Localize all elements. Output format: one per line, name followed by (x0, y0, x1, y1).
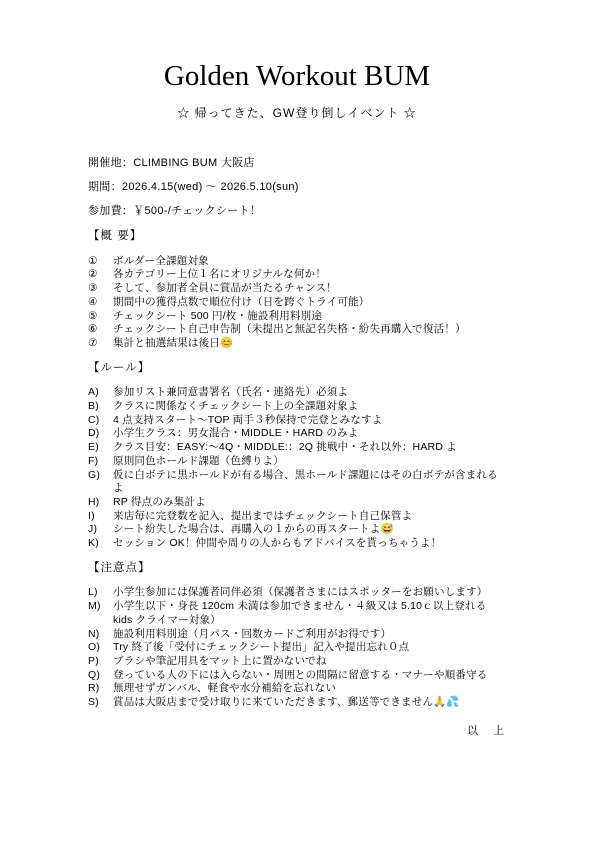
item-text: クラスに関係なくチェックシート上の全課題対象よ (113, 400, 506, 414)
item-marker: I) (88, 510, 113, 524)
list-item: ③そして、参加者全員に賞品が当たるチャンス！ (88, 282, 506, 296)
list-item: R)無理せずガンバル、軽食や水分補給を忘れない (88, 682, 506, 696)
notes-list: L)小学生参加には保護者同伴必須（保護者さまにはスポッターをお願いします） M)… (88, 586, 506, 709)
item-marker: ⑤ (88, 310, 113, 324)
list-item: L)小学生参加には保護者同伴必須（保護者さまにはスポッターをお願いします） (88, 586, 506, 600)
item-text: RP 得点のみ集計よ (113, 496, 506, 510)
item-marker: ④ (88, 296, 113, 310)
list-item: C)4 点支持スタート～TOP 両手３秒保持で完登とみなすよ (88, 414, 506, 428)
item-marker: ① (88, 255, 113, 269)
item-text: 賞品は大阪店まで受け取りに来ていただきます、郵送等できません🙏💦 (113, 696, 506, 710)
overview-list: ①ボルダー全課題対象 ②各カテゴリー上位１名にオリジナルな何か！ ③そして、参加… (88, 255, 506, 351)
item-marker: A) (88, 386, 113, 400)
item-text: 参加リスト兼同意書署名（氏名・連絡先）必須よ (113, 386, 506, 400)
item-text: セッション OK！仲間や周りの人からもアドバイスを貰っちゃうよ！ (113, 537, 506, 551)
item-text: ボルダー全課題対象 (113, 255, 506, 269)
list-item: ②各カテゴリー上位１名にオリジナルな何か！ (88, 268, 506, 282)
item-text: 原則同色ホールド課題（色縛りよ） (113, 455, 506, 469)
item-text: 小学生参加には保護者同伴必須（保護者さまにはスポッターをお願いします） (113, 586, 506, 600)
item-text: そして、参加者全員に賞品が当たるチャンス！ (113, 282, 506, 296)
item-text: 各カテゴリー上位１名にオリジナルな何か！ (113, 268, 506, 282)
list-item: ⑤チェックシート 500 円/枚・施設利用料別途 (88, 310, 506, 324)
item-text: 小学生クラス：男女混合・MIDDLE・HARD のみよ (113, 427, 506, 441)
item-marker: F) (88, 455, 113, 469)
item-marker: ⑦ (88, 337, 113, 351)
event-info: 開催地：CLIMBING BUM 大阪店 期間：2026.4.15(wed) ～… (88, 158, 506, 217)
list-item: H)RP 得点のみ集計よ (88, 496, 506, 510)
list-item: D)小学生クラス：男女混合・MIDDLE・HARD のみよ (88, 427, 506, 441)
list-item: G)仮に白ボテに黒ホールドが有る場合、黒ホールド課題にはその白ボテが含まれるよ (88, 469, 506, 496)
item-marker: L) (88, 586, 113, 600)
item-marker: B) (88, 400, 113, 414)
fee-line: 参加費：￥500-/チェックシート！ (88, 206, 506, 217)
section-rules: 【ルール】 A)参加リスト兼同意書署名（氏名・連絡先）必須よ B)クラスに関係な… (88, 362, 506, 551)
rules-heading: 【ルール】 (88, 362, 506, 376)
list-item: ④期間中の獲得点数で順位付け（日を跨ぐトライ可能） (88, 296, 506, 310)
item-marker: M) (88, 600, 113, 627)
list-item: N)施設利用料別途（月パス・回数カードご利用がお得です） (88, 628, 506, 642)
item-text: 小学生以下・身長 120cm 未満は参加できません・４級又は 5.10ｃ以上登れ… (113, 600, 506, 627)
item-text: 施設利用料別途（月パス・回数カードご利用がお得です） (113, 628, 506, 642)
list-item: Q)登っている人の下には入らない・周囲との間隔に留意する・マナーや順番守る (88, 669, 506, 683)
section-overview: 【概 要】 ①ボルダー全課題対象 ②各カテゴリー上位１名にオリジナルな何か！ ③… (88, 230, 506, 351)
notes-heading: 【注意点】 (88, 562, 506, 576)
list-item: I)来店毎に完登数を記入、提出まではチェックシート自己保管よ (88, 510, 506, 524)
item-marker: G) (88, 469, 113, 496)
item-text: 無理せずガンバル、軽食や水分補給を忘れない (113, 682, 506, 696)
item-text: シート紛失した場合は、再購入の１からの再スタートよ😅 (113, 523, 506, 537)
list-item: ⑥チェックシート自己申告制（未提出と無記名失格・紛失再購入で復活！） (88, 323, 506, 337)
item-text: 仮に白ボテに黒ホールドが有る場合、黒ホールド課題にはその白ボテが含まれるよ (113, 469, 506, 496)
item-marker: Q) (88, 669, 113, 683)
list-item: P)ブラシや筆記用具をマット上に置かないでね (88, 655, 506, 669)
item-marker: O) (88, 641, 113, 655)
page-subtitle: ☆ 帰ってきた、GW登り倒しイベント ☆ (88, 106, 506, 120)
item-text: 来店毎に完登数を記入、提出まではチェックシート自己保管よ (113, 510, 506, 524)
period-line: 期間：2026.4.15(wed) ～ 2026.5.10(sun) (88, 182, 506, 193)
item-marker: D) (88, 427, 113, 441)
item-marker: E) (88, 441, 113, 455)
item-text: ブラシや筆記用具をマット上に置かないでね (113, 655, 506, 669)
list-item: F)原則同色ホールド課題（色縛りよ） (88, 455, 506, 469)
list-item: E)クラス目安：EASY:～4Q・MIDDLE:：2Q 挑戦中・それ以外：HAR… (88, 441, 506, 455)
item-text: 期間中の獲得点数で順位付け（日を跨ぐトライ可能） (113, 296, 506, 310)
item-marker: R) (88, 682, 113, 696)
list-item: S)賞品は大阪店まで受け取りに来ていただきます、郵送等できません🙏💦 (88, 696, 506, 710)
list-item: O)Try 終了後「受付にチェックシート提出」記入や提出忘れ０点 (88, 641, 506, 655)
item-text: チェックシート自己申告制（未提出と無記名失格・紛失再購入で復活！） (113, 323, 506, 337)
item-text: 登っている人の下には入らない・周囲との間隔に留意する・マナーや順番守る (113, 669, 506, 683)
item-marker: K) (88, 537, 113, 551)
item-marker: J) (88, 523, 113, 537)
item-marker: ② (88, 268, 113, 282)
list-item: ⑦集計と抽選結果は後日😊 (88, 337, 506, 351)
item-text: 集計と抽選結果は後日😊 (113, 337, 506, 351)
item-text: 4 点支持スタート～TOP 両手３秒保持で完登とみなすよ (113, 414, 506, 428)
item-marker: H) (88, 496, 113, 510)
overview-heading: 【概 要】 (88, 230, 506, 244)
item-marker: C) (88, 414, 113, 428)
item-text: チェックシート 500 円/枚・施設利用料別途 (113, 310, 506, 324)
list-item: A)参加リスト兼同意書署名（氏名・連絡先）必須よ (88, 386, 506, 400)
rules-list: A)参加リスト兼同意書署名（氏名・連絡先）必須よ B)クラスに関係なくチェックシ… (88, 386, 506, 550)
venue-line: 開催地：CLIMBING BUM 大阪店 (88, 158, 506, 169)
page-title: Golden Workout BUM (88, 60, 506, 93)
item-text: クラス目安：EASY:～4Q・MIDDLE:：2Q 挑戦中・それ以外：HARD … (113, 441, 506, 455)
list-item: K)セッション OK！仲間や周りの人からもアドバイスを貰っちゃうよ！ (88, 537, 506, 551)
item-text: Try 終了後「受付にチェックシート提出」記入や提出忘れ０点 (113, 641, 506, 655)
item-marker: N) (88, 628, 113, 642)
closing-text: 以 上 (88, 725, 506, 738)
list-item: ①ボルダー全課題対象 (88, 255, 506, 269)
list-item: M)小学生以下・身長 120cm 未満は参加できません・４級又は 5.10ｃ以上… (88, 600, 506, 627)
item-marker: P) (88, 655, 113, 669)
item-marker: ③ (88, 282, 113, 296)
item-marker: S) (88, 696, 113, 710)
list-item: J)シート紛失した場合は、再購入の１からの再スタートよ😅 (88, 523, 506, 537)
section-notes: 【注意点】 L)小学生参加には保護者同伴必須（保護者さまにはスポッターをお願いし… (88, 562, 506, 710)
document-page: Golden Workout BUM ☆ 帰ってきた、GW登り倒しイベント ☆ … (0, 0, 594, 841)
list-item: B)クラスに関係なくチェックシート上の全課題対象よ (88, 400, 506, 414)
item-marker: ⑥ (88, 323, 113, 337)
